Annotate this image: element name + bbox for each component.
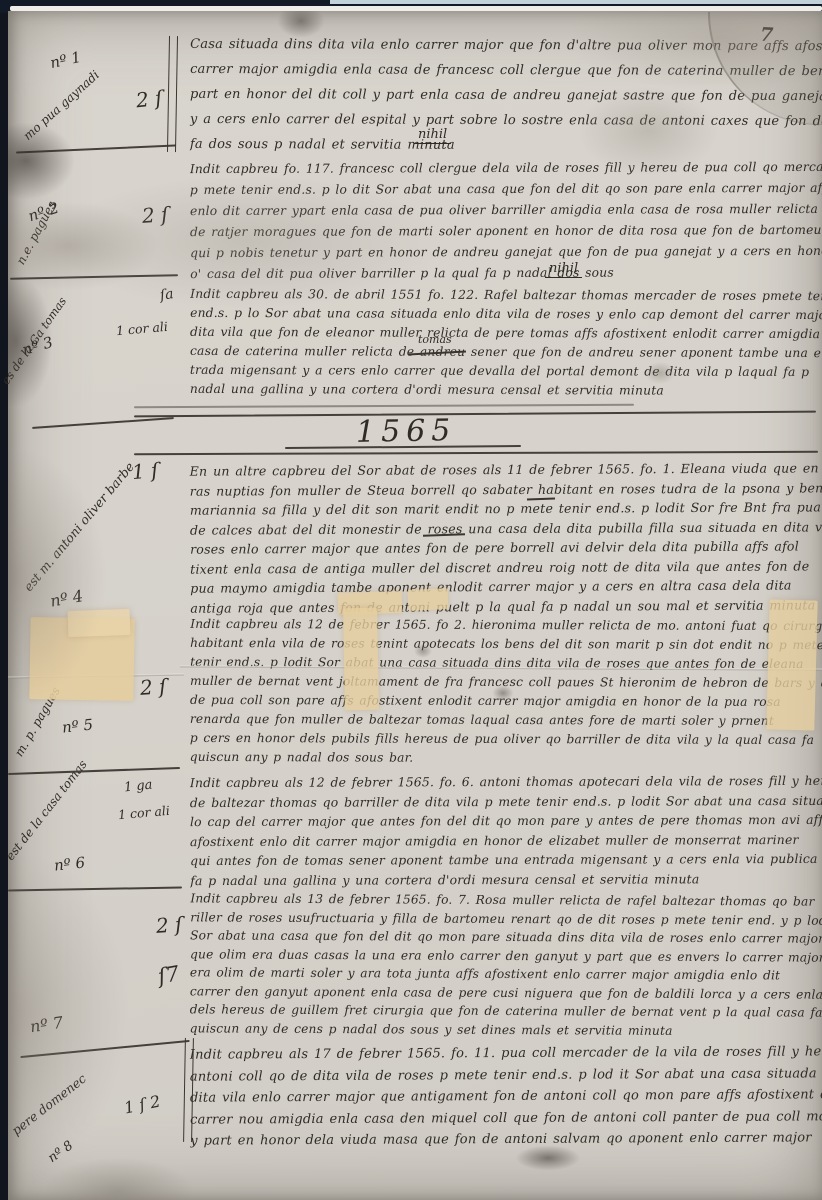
- manuscript-paper: 7 nº 1 mo pua gaynadi 2 ſ nº 2 n.e. pagu…: [8, 11, 822, 1200]
- repair-tape-patch: [407, 588, 448, 611]
- manuscript-line: tenir end.s. p lodit Sor abat una casa s…: [190, 653, 822, 674]
- entry-8-text: Indit capbreu als 17 de febrer 1565. fo.…: [190, 1041, 822, 1152]
- manuscript-line: habitant enla vila de roses tenint apote…: [190, 634, 822, 655]
- manuscript-line: dita vila enlo carrer major que antigame…: [190, 1084, 822, 1109]
- manuscript-line: nadal una gallina y una cortera d'ordi m…: [190, 380, 822, 401]
- margin-divider: [10, 274, 178, 279]
- margin-owner-note: pere domenec: [9, 1071, 89, 1138]
- margin-fee-mark: ſa: [159, 286, 175, 304]
- manuscript-line: de baltezar thomas qo barriller de dita …: [190, 790, 822, 812]
- manuscript-line: dita vila que fon de eleanor muller reli…: [190, 323, 822, 344]
- manuscript-line: p cers en honor dels pubils fills hereus…: [190, 729, 822, 750]
- manuscript-line: Indit capbreu als 30. de abril 1551 fo. …: [190, 285, 822, 306]
- scanner-edge-highlight: [330, 0, 822, 4]
- manuscript-line: lo cap del carrer major que antes fon de…: [190, 810, 822, 832]
- margin-divider: [8, 767, 180, 775]
- margin-fee-mark: 1 ga: [123, 778, 153, 796]
- entry-4-text: En un altre capbreu del Sor abat de rose…: [190, 458, 822, 617]
- manuscript-line: quiscun any p nadal dos sous bar.: [190, 748, 822, 769]
- heading-rule: [134, 411, 816, 417]
- manuscript-line: En un altre capbreu del Sor abat de rose…: [190, 458, 822, 481]
- repair-tape-patch: [766, 599, 817, 730]
- manuscript-line: fa dos sous p nadal et servitia minuta: [190, 132, 822, 159]
- heading-rule: [134, 404, 634, 408]
- manuscript-line: casa de caterina muller relicta de andre…: [190, 342, 822, 363]
- repair-tape-patch: [343, 608, 379, 711]
- margin-fee-mark: 2 ſ: [135, 86, 164, 113]
- manuscript-line: quiscun any de cens p nadal dos sous y s…: [190, 1019, 822, 1041]
- margin-fee-mark: 2 ſ: [155, 912, 183, 938]
- manuscript-line: o' casa del dit pua oliver barriller p l…: [190, 262, 822, 285]
- margin-entry-number: nº 6: [53, 853, 86, 874]
- manuscript-line: y part en honor dela viuda masa que fon …: [190, 1127, 822, 1152]
- margin-entry-number: nº 8: [45, 1138, 76, 1166]
- manuscript-line: qui antes fon de tomas sener aponent tam…: [190, 849, 822, 871]
- manuscript-line: roses enlo carrer major que antes fon de…: [190, 536, 822, 559]
- margin-divider: [32, 417, 174, 428]
- entry-5-text: Indit capbreu als 12 de febrer 1565. fo …: [190, 615, 822, 769]
- manuscript-line: Indit capbreu als 12 de febrer 1565. fo …: [190, 615, 822, 636]
- manuscript-line: Indit capbreu als 17 de febrer 1565. fo.…: [190, 1041, 822, 1066]
- margin-fee-mark: 1 ſ 2: [122, 1091, 162, 1117]
- manuscript-line: p mete tenir end.s. p lo dit Sor abat un…: [190, 178, 822, 201]
- manuscript-line: qui p nobis tenetur y part en honor de a…: [190, 241, 822, 264]
- manuscript-line: muller de bernat vent joltamament de fra…: [190, 672, 822, 693]
- manuscript-line: pua maymo amigdia tambe aponent enlodit …: [190, 575, 822, 598]
- year-heading: 1565: [356, 413, 457, 450]
- manuscript-line: Indit capbreu fo. 117. francesc coll cle…: [190, 157, 822, 180]
- entry-2-text: Indit capbreu fo. 117. francesc coll cle…: [190, 157, 822, 285]
- margin-divider: [16, 145, 176, 154]
- margin-owner-note: mo pua gaynadi: [21, 68, 102, 143]
- margin-fee-mark: 2 ſ: [139, 674, 167, 700]
- margin-fee-mark: 1 ſ: [131, 458, 159, 484]
- margin-owner-note: es de la Ga tomas: [0, 294, 69, 387]
- margin-divider: [8, 886, 182, 891]
- manuscript-line: part en honor del dit coll y part enla c…: [190, 82, 822, 109]
- manuscript-line: fa p nadal una gallina y una cortera d'o…: [190, 868, 822, 890]
- margin-entry-number: nº 7: [29, 1013, 64, 1036]
- heading-rule: [134, 451, 818, 455]
- entry-6-text: Indit capbreu als 12 de febrer 1565. fo.…: [190, 771, 822, 890]
- margin-entry-number: nº 5: [61, 715, 94, 736]
- manuscript-line: trada migensant y a cers enlo carrer que…: [190, 361, 822, 382]
- margin-fee-mark: 2 ſ: [141, 202, 169, 228]
- repair-tape-patch: [68, 609, 131, 637]
- manuscript-line: y a cers enlo carrer del espital y part …: [190, 107, 822, 134]
- entry-7-text: Indit capbreu als 13 de febrer 1565. fo.…: [190, 889, 822, 1040]
- manuscript-line: Indit capbreu als 12 de febrer 1565. fo.…: [190, 771, 822, 793]
- manuscript-line: afostixent enlo dit carrer major amigdia…: [190, 829, 822, 851]
- entry-1-nihil: nihil: [414, 127, 451, 144]
- scanned-manuscript-page: 7 nº 1 mo pua gaynadi 2 ſ nº 2 n.e. pagu…: [0, 0, 822, 1200]
- manuscript-line: enlo dit carrer ypart enla casa de pua o…: [190, 199, 822, 222]
- margin-fee-mark: 1 cor ali: [117, 803, 170, 822]
- manuscript-line: mariannia sa filla y del dit son marit e…: [190, 497, 822, 520]
- manuscript-line: renarda que fon muller de baltezar tomas…: [190, 710, 822, 731]
- entry-3-text: Indit capbreu als 30. de abril 1551 fo. …: [190, 285, 822, 401]
- margin-flourish-mark: ſ7: [156, 961, 181, 988]
- paragraph-double-stroke: [167, 36, 178, 152]
- margin-divider: [20, 1040, 189, 1058]
- manuscript-line: de ratjer moragues que fon de marti sole…: [190, 220, 822, 243]
- manuscript-line: de pua coll son pare affs afostixent enl…: [190, 691, 822, 712]
- margin-entry-number: nº 1: [48, 48, 82, 72]
- margin-fee-mark: 1 cor ali: [115, 319, 168, 338]
- margin-entry-number: nº 4: [49, 586, 85, 610]
- margin-owner-note: est m. antoni oliver barbe: [21, 459, 138, 594]
- entry-2-nihil: nihil: [545, 261, 582, 278]
- manuscript-line: end.s. p lo Sor abat una casa situada en…: [190, 304, 822, 325]
